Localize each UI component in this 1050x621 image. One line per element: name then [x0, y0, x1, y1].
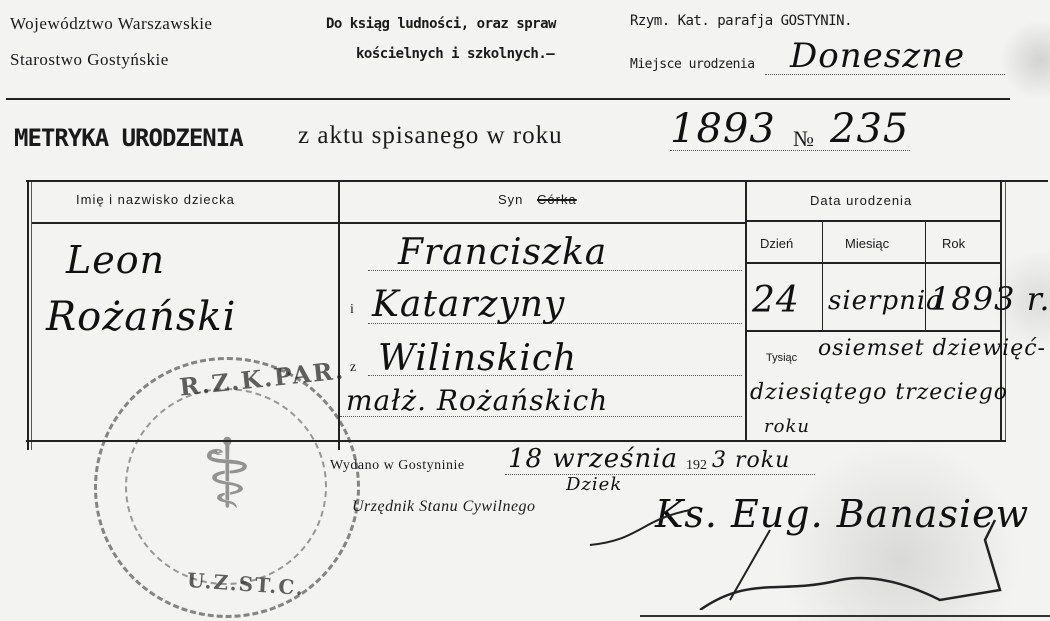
mother-name: Katarzyny [372, 284, 565, 325]
issued-year-prefix: 192 [686, 458, 707, 474]
child-name-column-header: Imię i nazwisko dziecka [76, 192, 235, 207]
birth-year-words-line-3: roku [764, 416, 810, 437]
mother-maiden-name: Wilinskich [378, 338, 577, 379]
birth-year-words-line-1: osiemset dziewięć- [818, 336, 1046, 361]
birthplace-label: Miejsce urodzenia [630, 57, 755, 72]
birth-date-column-header: Data urodzenia [810, 193, 912, 208]
official-seal: R.Z.K.PAR. U.Z.ST.C. ⚕ [94, 357, 360, 618]
issued-date: 18 września [508, 444, 678, 474]
year-header: Rok [942, 236, 965, 251]
parents-column-header-son: Syn [498, 192, 523, 207]
act-year: 1893 [670, 106, 776, 152]
act-number: 235 [830, 106, 909, 152]
official-annotation: Dziek [566, 474, 622, 495]
eagle-emblem-icon: ⚕ [182, 400, 272, 550]
parents-column-header-daughter-struck: Córka [537, 192, 577, 207]
table-top-rule [26, 180, 1048, 182]
date-row-rule [747, 330, 1000, 332]
child-surname: Rożański [46, 294, 236, 340]
county-office-label: Starostwo Gostyńskie [10, 50, 169, 70]
child-first-name: Leon [66, 238, 165, 282]
document-title: METRYKA URODZENIA [14, 124, 243, 152]
issued-year-suffix: 3 roku [712, 448, 790, 473]
spouses-surname: małż. Rożańskich [346, 384, 608, 417]
birth-year-words-line-2: dziesiątego trzeciego [750, 380, 1008, 405]
seal-text-bottom: U.Z.ST.C. [186, 568, 305, 600]
table-left-rule [27, 182, 29, 450]
month-header: Miesiąc [845, 236, 889, 251]
date-subheader-rule [747, 262, 1000, 264]
registry-purpose-line-1: Do ksiąg ludności, oraz spraw [326, 16, 556, 32]
birth-year: 1893 r. [930, 280, 1050, 318]
header-divider [6, 98, 1010, 100]
voivodeship-label: Województwo Warszawskie [10, 14, 212, 34]
official-label: Urzędnik Stanu Cywilnego [352, 498, 536, 516]
birth-month: sierpnia [828, 286, 943, 316]
registry-purpose-line-2: kościelnych i szkolnych.— [356, 46, 554, 62]
birthplace-value: Doneszne [790, 36, 965, 76]
header-row-rule-3 [747, 220, 1000, 222]
day-header: Dzień [760, 236, 793, 251]
birth-certificate-document: Województwo Warszawskie Starostwo Gostyń… [0, 0, 1050, 621]
header-row-rule-1 [32, 222, 338, 224]
birth-day: 24 [752, 280, 800, 321]
birth-year-words-prefix: Tysiąc [766, 352, 797, 364]
parish-label: Rzym. Kat. parafja GOSTYNIN. [630, 13, 852, 29]
conjunction-and: i [350, 302, 354, 318]
document-subtitle: z aktu spisanego w roku [298, 122, 563, 150]
conjunction-from: z [350, 360, 356, 376]
page-bottom-rule [640, 615, 1050, 617]
number-sign: № [793, 126, 814, 152]
signature-flourish [580, 500, 1020, 610]
date-day-divider [822, 222, 823, 330]
header-row-rule-2 [340, 222, 745, 224]
father-name: Franciszka [398, 232, 607, 273]
issued-dotted-line [505, 474, 815, 475]
